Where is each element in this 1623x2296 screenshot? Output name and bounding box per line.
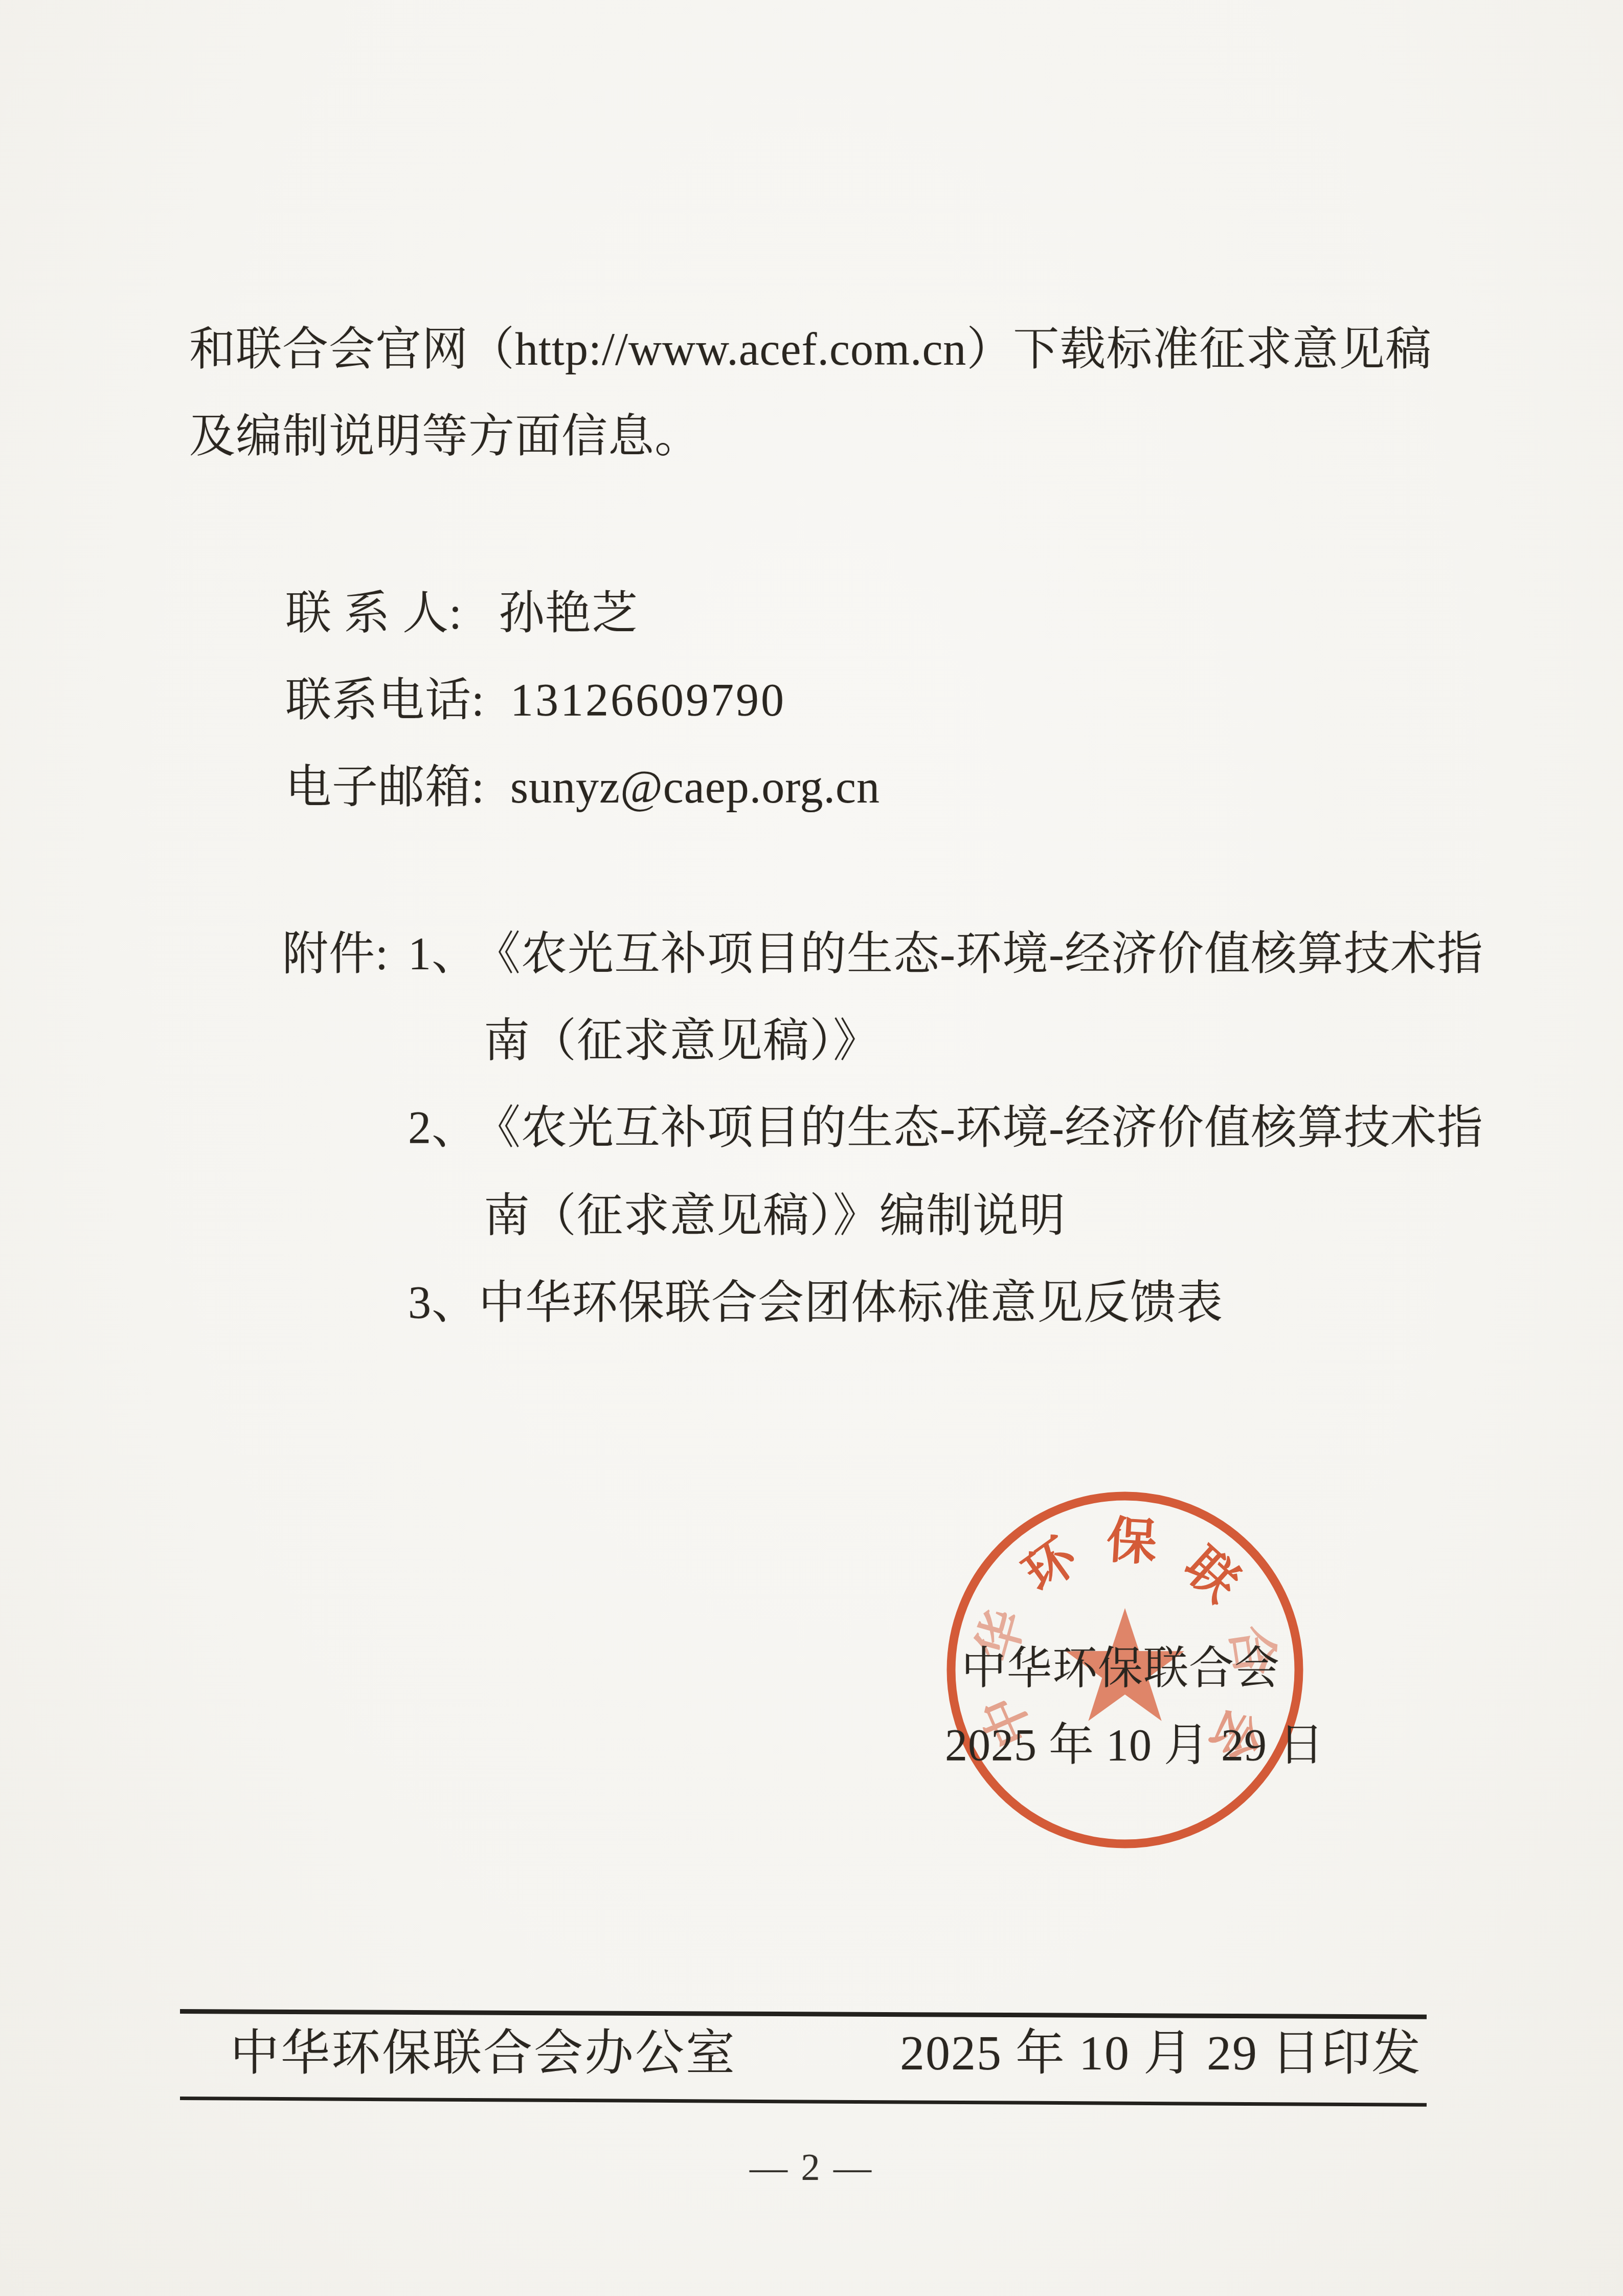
footer-rule-bottom xyxy=(180,2097,1427,2107)
body-text-line-2: 及编制说明等方面信息。 xyxy=(189,409,701,464)
page-number: — 2 — xyxy=(0,2145,1623,2191)
footer-office-name: 中华环保联合会办公室 xyxy=(230,2023,736,2082)
attachment-2-number: 2、 xyxy=(408,1101,478,1156)
footer-print-date: 2025 年 10 月 29 日印发 xyxy=(818,2023,1422,2082)
contact-phone-value: 13126609790 xyxy=(510,673,786,728)
attachment-3-number: 3、 xyxy=(408,1276,478,1331)
contact-person-label: 联 系 人: xyxy=(285,586,475,641)
attachments-label: 附件: xyxy=(282,927,401,982)
footer-rule-top xyxy=(180,2009,1427,2019)
contact-email-value: sunyz@caep.org.cn xyxy=(510,760,880,815)
document-page: 和联合会官网（http://www.acef.com.cn）下载标准征求意见稿 … xyxy=(0,0,1623,2296)
contact-email-label: 电子邮箱: xyxy=(285,760,497,815)
seal-arc-char-5: 联 xyxy=(1174,1538,1248,1613)
attachment-1-number: 1、 xyxy=(408,927,478,982)
contact-phone-label: 联系电话: xyxy=(285,673,497,728)
signature-date: 2025 年 10 月 29 日 xyxy=(945,1719,1324,1773)
seal-arc-char-3: 环 xyxy=(1014,1528,1088,1603)
contact-person-value: 孙艳芝 xyxy=(499,586,638,641)
seal-arc-char-4: 保 xyxy=(1105,1513,1158,1571)
attachment-3-title: 中华环保联合会团体标准意见反馈表 xyxy=(479,1276,1223,1331)
attachment-1-title-line-2: 南（征求意见稿）》 xyxy=(484,1014,880,1069)
attachment-2-title-line-2: 南（征求意见稿）》编制说明 xyxy=(484,1189,1066,1244)
body-text-line-1: 和联合会官网（http://www.acef.com.cn）下载标准征求意见稿 xyxy=(189,322,1432,377)
attachment-1-title-line-1: 《农光互补项目的生态-环境-经济价值核算技术指 xyxy=(475,927,1483,982)
attachment-2-title-line-1: 《农光互补项目的生态-环境-经济价值核算技术指 xyxy=(475,1101,1483,1156)
signature-org: 中华环保联合会 xyxy=(961,1642,1280,1696)
